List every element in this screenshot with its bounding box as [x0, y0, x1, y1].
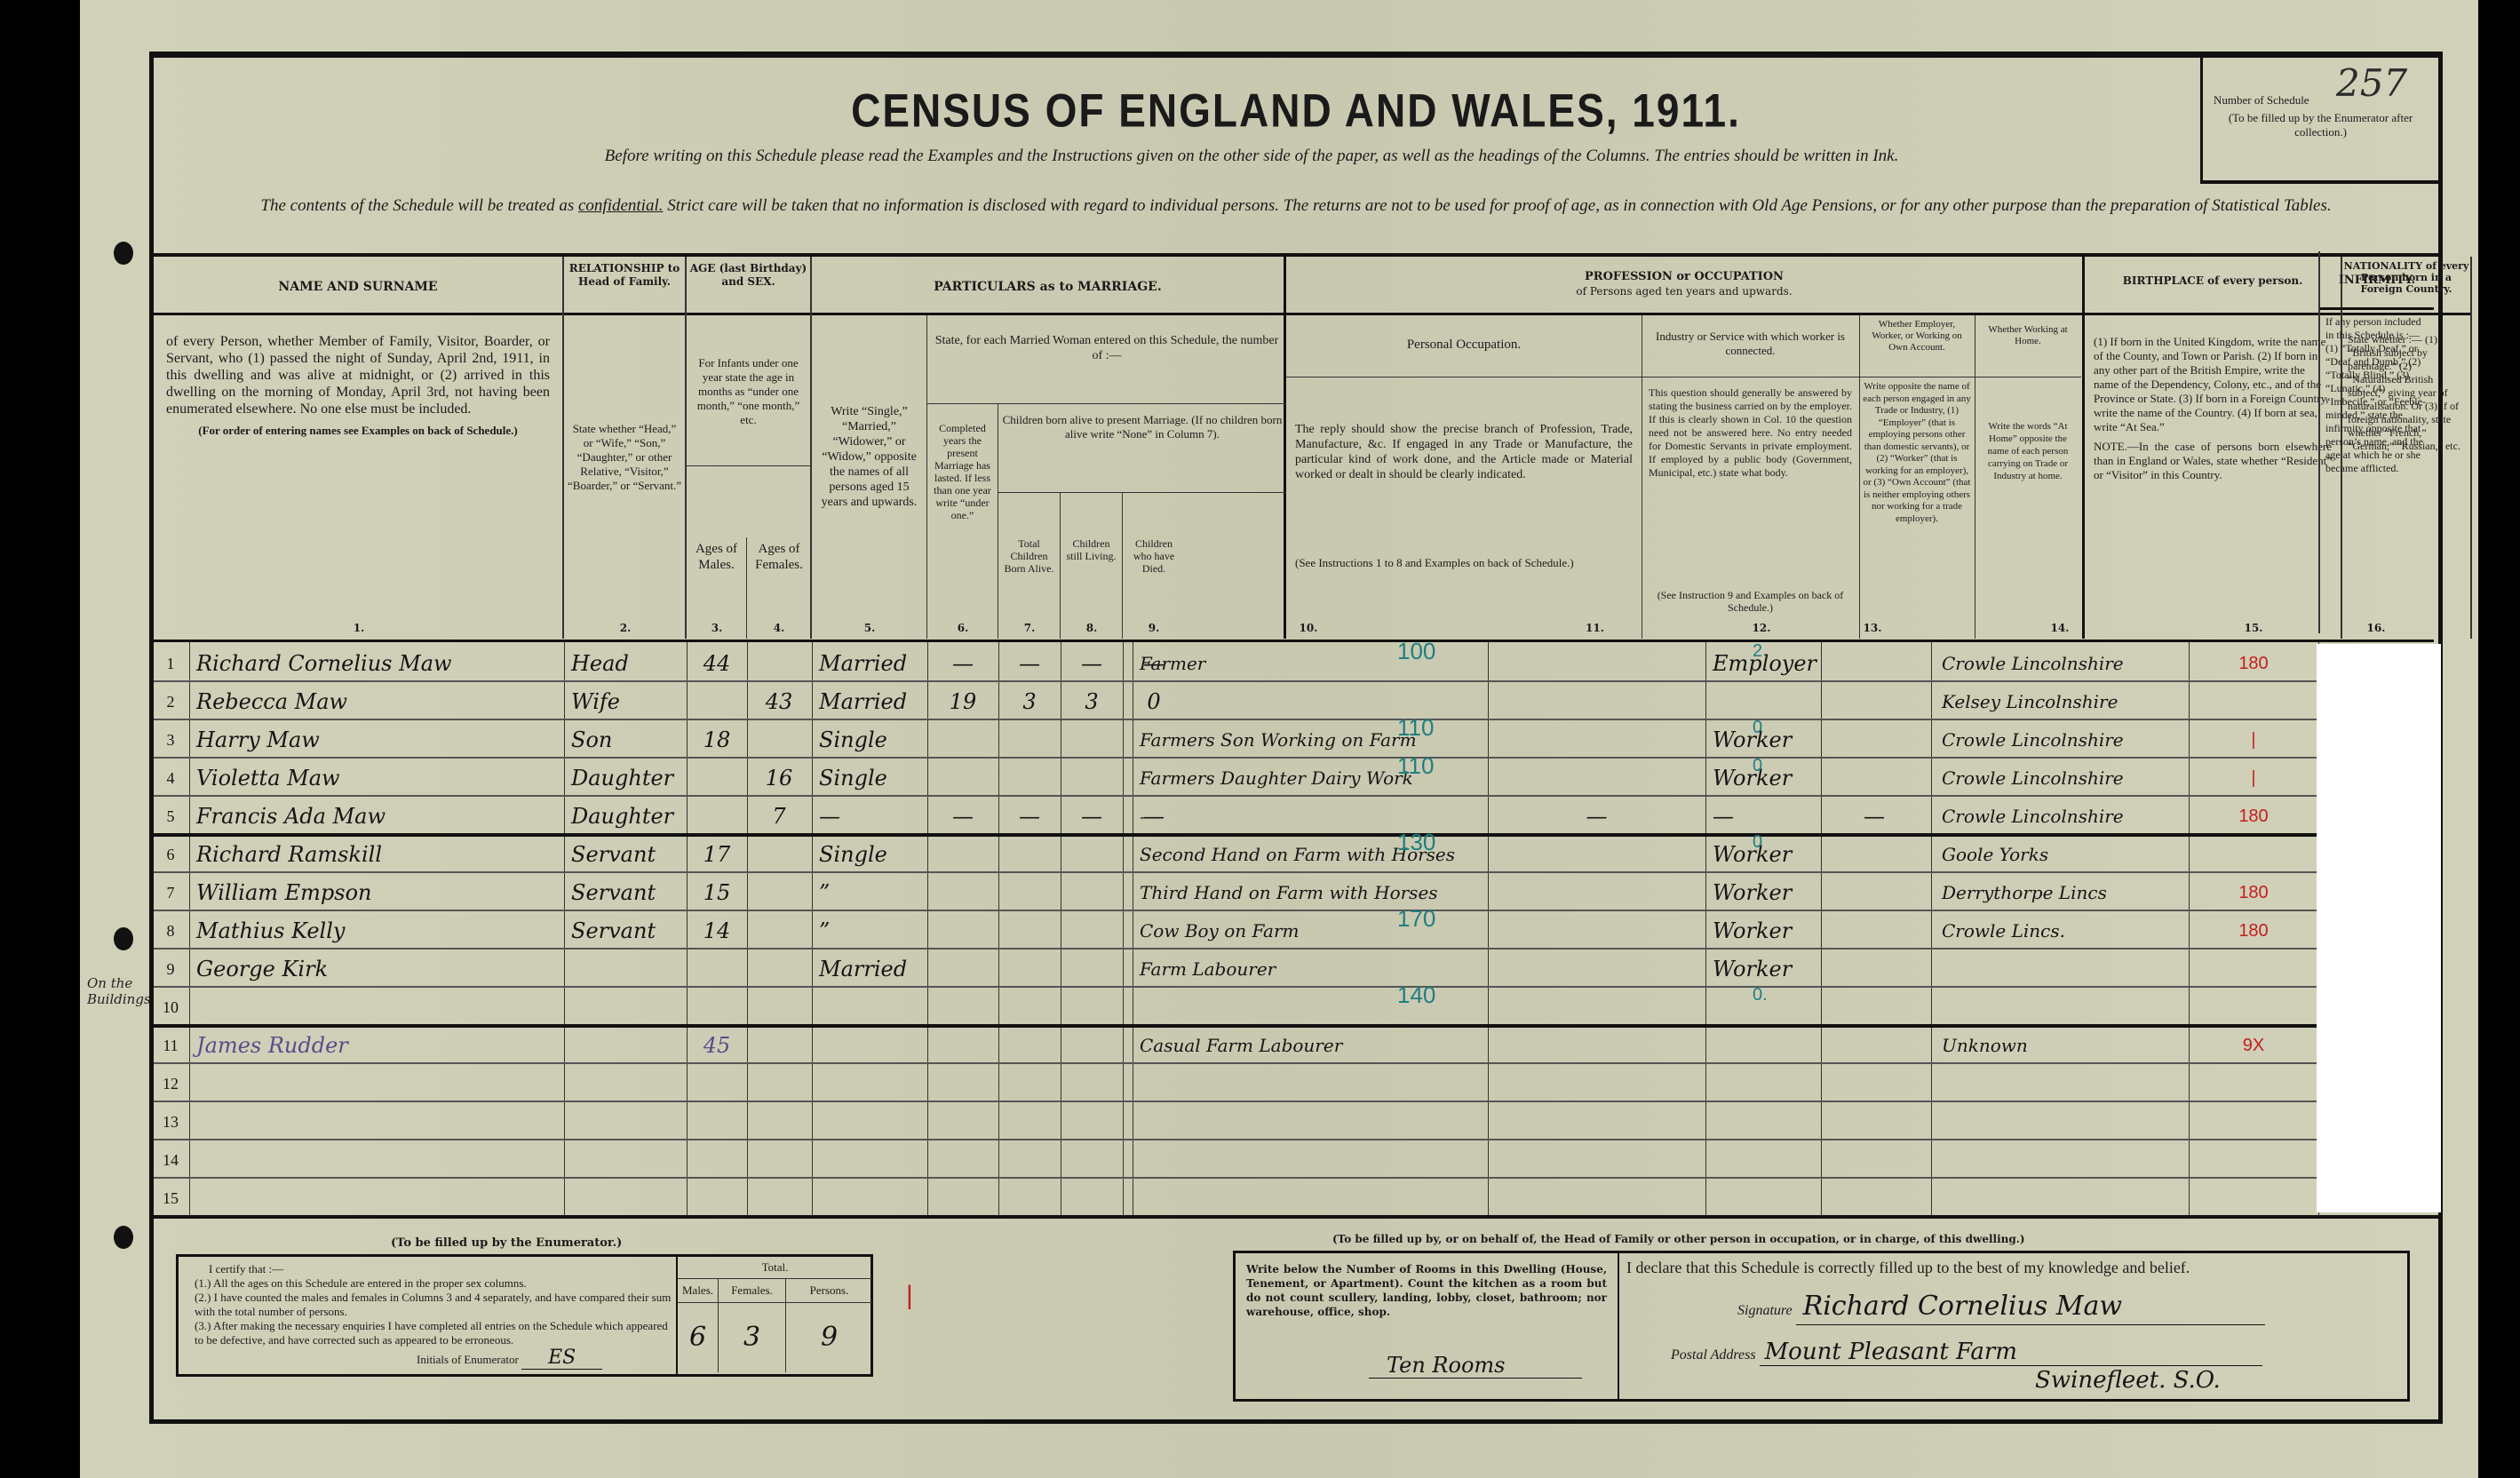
cell-living[interactable]	[1061, 910, 1123, 947]
col-marriage: PARTICULARS as to MARRIAGE. Write “Singl…	[812, 257, 1286, 639]
cell-industry[interactable]	[1488, 757, 1705, 794]
cell-industry[interactable]: —	[1488, 795, 1705, 832]
occupation-code: 100	[1397, 630, 1435, 667]
table-row: 5Francis Ada MawDaughter7—————————Crowle…	[154, 795, 2438, 837]
cell-years[interactable]	[927, 871, 998, 909]
table-row: 11James Rudder45Casual Farm LabourerUnkn…	[154, 1024, 2438, 1064]
instruction-line: Before writing on this Schedule please r…	[154, 147, 2438, 166]
enumerator-heading: (To be filled up by the Enumerator.)	[391, 1236, 622, 1250]
cell-male[interactable]	[687, 948, 747, 985]
cell-home[interactable]: —	[1821, 795, 1928, 832]
declaration: I declare that this Schedule is correctl…	[1626, 1259, 2190, 1277]
cell-nat[interactable]: 180	[2189, 871, 2318, 909]
cell-female[interactable]	[747, 1024, 811, 1061]
cell-male[interactable]	[687, 986, 747, 1023]
cell-total[interactable]	[998, 1139, 1061, 1176]
cell-total[interactable]	[998, 871, 1061, 909]
cell-nat[interactable]	[2189, 680, 2318, 718]
cell-occ[interactable]	[1133, 1101, 1495, 1138]
totals-table: Total. Males. Females. Persons. 6 3 9	[676, 1257, 872, 1374]
cell-living[interactable]	[1061, 757, 1123, 794]
cell-rel[interactable]: Daughter	[564, 795, 694, 832]
cell-rel[interactable]	[564, 1024, 694, 1061]
redacted-area	[2317, 644, 2441, 1212]
cell-birth[interactable]	[1935, 1062, 2199, 1100]
cell-years[interactable]	[927, 910, 998, 947]
cell-emp[interactable]	[1705, 1024, 1828, 1061]
cell-living[interactable]	[1061, 833, 1123, 870]
cell-cond[interactable]	[812, 1177, 934, 1214]
household-table: 1Richard Cornelius MawHead44Married————F…	[154, 642, 2434, 1215]
cell-total[interactable]	[998, 986, 1061, 1023]
cell-birth[interactable]: Crowle Lincolnshire	[1935, 642, 2199, 679]
confidential-word: confidential.	[578, 196, 664, 215]
householder-box: Write below the Number of Rooms in this …	[1233, 1251, 2410, 1402]
cell-occ[interactable]: —	[1133, 795, 1495, 832]
cell-male[interactable]	[687, 1062, 747, 1100]
table-row: 101400.	[154, 986, 2438, 1028]
cell-rel[interactable]: Servant	[564, 871, 694, 909]
cell-name[interactable]: George Kirk	[189, 948, 569, 985]
punch-hole	[114, 1226, 133, 1249]
table-row: 7William EmpsonServant15”Third Hand on F…	[154, 871, 2438, 911]
cell-male[interactable]	[687, 757, 747, 794]
cell-female[interactable]	[747, 871, 811, 909]
row-number: 3	[155, 719, 186, 756]
cell-name[interactable]: Rebecca Maw	[189, 680, 569, 718]
row-number: 4	[155, 757, 186, 794]
cell-occ[interactable]: Farmers Son Working on Farm	[1133, 719, 1495, 756]
margin-note: On the Buildings	[87, 975, 149, 1007]
cell-birth[interactable]: Crowle Lincolnshire	[1935, 757, 2199, 794]
red-check-mark: |	[906, 1281, 913, 1311]
enumerator-box: I certify that :— (1.) All the ages on t…	[176, 1254, 873, 1377]
cell-name[interactable]: Richard Ramskill	[189, 833, 569, 870]
cell-emp[interactable]	[1705, 1062, 1828, 1100]
cell-rel[interactable]	[564, 986, 694, 1023]
postal-address-line1[interactable]: Mount Pleasant Farm	[1760, 1339, 2262, 1366]
col-age: AGE (last Birthday) and SEX. For Infants…	[687, 257, 812, 639]
row-number: 2	[155, 680, 186, 718]
cell-name[interactable]	[189, 1062, 569, 1100]
table-row: 14	[154, 1139, 2438, 1179]
cell-cond[interactable]: ”	[812, 910, 934, 947]
cell-living[interactable]	[1061, 871, 1123, 909]
row-number: 1	[155, 642, 186, 679]
cell-male[interactable]: 45	[687, 1024, 747, 1061]
cell-female[interactable]	[747, 1177, 811, 1214]
row-number: 13	[155, 1101, 186, 1138]
cell-birth[interactable]: Unknown	[1935, 1024, 2199, 1061]
cell-birth[interactable]: Crowle Lincolnshire	[1935, 795, 2199, 832]
cell-nat[interactable]	[2189, 833, 2318, 870]
cell-emp[interactable]	[1705, 1101, 1828, 1138]
cell-rel[interactable]	[564, 1101, 694, 1138]
cell-cond[interactable]: ”	[812, 871, 934, 909]
cell-occ[interactable]: Second Hand on Farm with Horses	[1133, 833, 1495, 870]
cell-name[interactable]: Richard Cornelius Maw	[189, 642, 569, 679]
cell-female[interactable]: 16	[747, 757, 811, 794]
cell-birth[interactable]: Derrythorpe Lincs	[1935, 871, 2199, 909]
cell-name[interactable]: Mathius Kelly	[189, 910, 569, 947]
cell-cond[interactable]	[812, 986, 934, 1023]
table-row: 9George KirkMarriedFarm LabourerWorker	[154, 948, 2438, 988]
cell-home[interactable]	[1821, 986, 1928, 1023]
cell-cond[interactable]: Single	[812, 719, 934, 756]
table-row: 15	[154, 1177, 2438, 1219]
cell-years[interactable]	[927, 833, 998, 870]
rooms-box: Write below the Number of Rooms in this …	[1236, 1253, 1619, 1399]
cell-birth[interactable]	[1935, 1101, 2199, 1138]
cell-birth[interactable]	[1935, 1139, 2199, 1176]
table-row: 8Mathius KellyServant14”Cow Boy on FarmW…	[154, 910, 2438, 950]
cell-female[interactable]	[747, 833, 811, 870]
cell-years[interactable]	[927, 1139, 998, 1176]
row-number: 15	[155, 1177, 186, 1214]
cell-home[interactable]	[1821, 871, 1928, 909]
cell-occ[interactable]	[1133, 1139, 1495, 1176]
cell-cond[interactable]: Married	[812, 948, 934, 985]
cell-name[interactable]: Violetta Maw	[189, 757, 569, 794]
cell-years[interactable]: —	[927, 642, 998, 679]
cell-total[interactable]	[998, 948, 1061, 985]
cell-living[interactable]: —	[1061, 795, 1123, 832]
cell-industry[interactable]	[1488, 1139, 1705, 1176]
cell-living[interactable]	[1061, 1177, 1123, 1214]
cell-birth[interactable]: Kelsey Lincolnshire	[1935, 680, 2199, 718]
table-row: 1Richard Cornelius MawHead44Married————F…	[154, 642, 2438, 682]
cell-living[interactable]	[1061, 1139, 1123, 1176]
cell-name[interactable]: Harry Maw	[189, 719, 569, 756]
table-row: 4Violetta MawDaughter16SingleFarmers Dau…	[154, 757, 2438, 797]
row-number: 5	[155, 795, 186, 832]
cell-male[interactable]	[687, 1139, 747, 1176]
cell-home[interactable]	[1821, 680, 1928, 718]
row-number: 12	[155, 1062, 186, 1100]
cell-male[interactable]: 18	[687, 719, 747, 756]
cell-emp[interactable]: —	[1705, 795, 1828, 832]
cell-industry[interactable]	[1488, 986, 1705, 1023]
cell-female[interactable]	[747, 986, 811, 1023]
total-males[interactable]: 6	[678, 1303, 719, 1372]
cell-nat[interactable]	[2189, 1101, 2318, 1138]
confidential-notice: The contents of the Schedule will be tre…	[154, 193, 2438, 219]
cell-nat[interactable]: 180	[2189, 910, 2318, 947]
cell-emp[interactable]: Worker	[1705, 719, 1828, 756]
cell-living[interactable]: 3	[1061, 680, 1123, 718]
cell-cond[interactable]	[812, 1024, 934, 1061]
table-row: 12	[154, 1062, 2438, 1102]
table-row: 6Richard RamskillServant17SingleSecond H…	[154, 833, 2438, 873]
cell-industry[interactable]	[1488, 719, 1705, 756]
cell-home[interactable]	[1821, 1062, 1928, 1100]
total-persons[interactable]: 9	[786, 1303, 872, 1372]
cell-home[interactable]	[1821, 719, 1928, 756]
cell-occ[interactable]	[1133, 986, 1495, 1023]
cell-industry[interactable]	[1488, 642, 1705, 679]
cell-female[interactable]	[747, 1139, 811, 1176]
cell-total[interactable]	[998, 910, 1061, 947]
cell-industry[interactable]	[1488, 833, 1705, 870]
cell-home[interactable]	[1821, 948, 1928, 985]
cell-years[interactable]	[927, 948, 998, 985]
cell-industry[interactable]	[1488, 910, 1705, 947]
cell-female[interactable]	[747, 1101, 811, 1138]
cell-living[interactable]	[1061, 948, 1123, 985]
cell-living[interactable]	[1061, 986, 1123, 1023]
cell-birth[interactable]: Crowle Lincolnshire	[1935, 719, 2199, 756]
cell-industry[interactable]	[1488, 1101, 1705, 1138]
cell-male[interactable]: 14	[687, 910, 747, 947]
occupation-code: 110	[1397, 706, 1434, 743]
cell-living[interactable]: —	[1061, 642, 1123, 679]
cell-occ[interactable]: Casual Farm Labourer	[1133, 1024, 1495, 1061]
employment-code: 0	[1753, 821, 1762, 858]
occupation-code: 170	[1397, 897, 1435, 934]
cell-female[interactable]	[747, 948, 811, 985]
cell-cond[interactable]: Single	[812, 833, 934, 870]
cell-years[interactable]	[927, 719, 998, 756]
cell-years[interactable]: 19	[927, 680, 998, 718]
cell-living[interactable]	[1061, 1024, 1123, 1061]
cell-cond[interactable]: Married	[812, 642, 934, 679]
cell-name[interactable]: Francis Ada Maw	[189, 795, 569, 832]
column-number-strip: 1. 2. 3. 4. 5. 6. 7. 8. 9. 10. 11. 12. 1…	[154, 622, 2434, 642]
row-number: 10	[155, 986, 186, 1023]
cell-name[interactable]	[189, 1177, 569, 1214]
cell-rel[interactable]: Servant	[564, 910, 694, 947]
cell-rel[interactable]: Son	[564, 719, 694, 756]
cell-occ[interactable]: Farm Labourer	[1133, 948, 1495, 985]
cell-female[interactable]	[747, 910, 811, 947]
cell-occ[interactable]: Cow Boy on Farm	[1133, 910, 1495, 947]
cell-emp[interactable]: Worker	[1705, 833, 1828, 870]
row-number: 9	[155, 948, 186, 985]
cell-male[interactable]: 17	[687, 833, 747, 870]
cell-home[interactable]	[1821, 642, 1928, 679]
cell-nat[interactable]: 180	[2189, 795, 2318, 832]
cell-nat[interactable]	[2189, 948, 2318, 985]
cell-name[interactable]	[189, 1139, 569, 1176]
cell-occ[interactable]: Farmers Daughter Dairy Work	[1133, 757, 1495, 794]
cell-rel[interactable]: Head	[564, 642, 694, 679]
col-occupation: PROFESSION or OCCUPATION of Persons aged…	[1286, 257, 2085, 639]
cell-cond[interactable]: Married	[812, 680, 934, 718]
punch-hole	[114, 927, 133, 950]
table-row: 3Harry MawSon18SingleFarmers Son Working…	[154, 719, 2438, 759]
cell-female[interactable]	[747, 1062, 811, 1100]
cell-birth[interactable]: Goole Yorks	[1935, 833, 2199, 870]
cell-nat[interactable]: |	[2189, 757, 2318, 794]
cell-total[interactable]: —	[998, 642, 1061, 679]
col-relationship: RELATIONSHIP to Head of Family. State wh…	[564, 257, 687, 639]
cell-rel[interactable]	[564, 1139, 694, 1176]
cell-total[interactable]	[998, 1024, 1061, 1061]
page-title: CENSUS OF ENGLAND AND WALES, 1911.	[154, 83, 2438, 138]
cell-nat[interactable]	[2189, 1062, 2318, 1100]
cell-years[interactable]	[927, 986, 998, 1023]
cell-female[interactable]	[747, 642, 811, 679]
total-females[interactable]: 3	[719, 1303, 786, 1372]
cell-emp[interactable]	[1705, 1177, 1828, 1214]
row-number: 6	[155, 833, 186, 870]
cell-emp[interactable]: Worker	[1705, 757, 1828, 794]
cell-occ[interactable]	[1133, 680, 1495, 718]
table-row: 2Rebecca MawWife43Married19330Kelsey Lin…	[154, 680, 2438, 720]
cell-cond[interactable]: —	[812, 795, 934, 832]
cell-rel[interactable]	[564, 948, 694, 985]
cell-female[interactable]	[747, 719, 811, 756]
cell-birth[interactable]	[1935, 948, 2199, 985]
cell-name[interactable]	[189, 986, 569, 1023]
table-row: 13	[154, 1101, 2438, 1140]
cell-home[interactable]	[1821, 1139, 1928, 1176]
cell-total[interactable]	[998, 719, 1061, 756]
column-headers: NAME AND SURNAME of every Person, whethe…	[154, 253, 2438, 639]
cell-home[interactable]	[1821, 1101, 1928, 1138]
cell-home[interactable]	[1821, 1024, 1928, 1061]
cell-years[interactable]	[927, 1101, 998, 1138]
cell-occ[interactable]: Third Hand on Farm with Horses	[1133, 871, 1495, 909]
cell-cond[interactable]: Single	[812, 757, 934, 794]
col-birthplace: BIRTHPLACE of every person. (1) If born …	[2085, 257, 2342, 639]
cell-total[interactable]	[998, 833, 1061, 870]
cell-male[interactable]	[687, 680, 747, 718]
col-infirmity: INFIRMITY. If any person included in thi…	[2318, 251, 2434, 633]
cell-industry[interactable]	[1488, 871, 1705, 909]
cell-occ[interactable]	[1133, 1062, 1495, 1100]
col-name: NAME AND SURNAME of every Person, whethe…	[154, 257, 564, 639]
cell-rel[interactable]	[564, 1062, 694, 1100]
enumerator-initials[interactable]: ES	[521, 1347, 602, 1370]
cell-male[interactable]: 44	[687, 642, 747, 679]
cell-total[interactable]	[998, 1177, 1061, 1214]
cell-years[interactable]	[927, 1177, 998, 1214]
cell-years[interactable]	[927, 757, 998, 794]
cell-living[interactable]	[1061, 1062, 1123, 1100]
occupation-code: 110	[1397, 744, 1434, 782]
cell-living[interactable]	[1061, 1101, 1123, 1138]
schedule-number-value[interactable]: 257	[2336, 61, 2407, 105]
signature[interactable]: Richard Cornelius Maw	[1796, 1289, 2265, 1325]
cell-nat[interactable]	[2189, 1139, 2318, 1176]
number-of-rooms[interactable]: Ten Rooms	[1369, 1353, 1582, 1379]
cell-cond[interactable]	[812, 1101, 934, 1138]
cell-nat[interactable]	[2189, 986, 2318, 1023]
cell-home[interactable]	[1821, 910, 1928, 947]
cell-nat[interactable]: 180	[2189, 642, 2318, 679]
cell-rel[interactable]: Wife	[564, 680, 694, 718]
cell-total[interactable]	[998, 1101, 1061, 1138]
cell-birth[interactable]	[1935, 986, 2199, 1023]
cell-birth[interactable]	[1935, 1177, 2199, 1214]
cell-emp[interactable]	[1705, 1139, 1828, 1176]
cell-living[interactable]	[1061, 719, 1123, 756]
cell-industry[interactable]	[1488, 948, 1705, 985]
cell-nat[interactable]: 9X	[2189, 1024, 2318, 1061]
cell-name[interactable]: James Rudder	[189, 1024, 569, 1061]
cell-occ[interactable]	[1133, 1177, 1495, 1214]
row-number: 7	[155, 871, 186, 909]
row-number: 11	[155, 1024, 186, 1061]
cell-rel[interactable]	[564, 1177, 694, 1214]
cell-years[interactable]: —	[927, 795, 998, 832]
cell-cond[interactable]	[812, 1062, 934, 1100]
punch-hole	[114, 242, 133, 265]
cell-years[interactable]	[927, 1062, 998, 1100]
cell-rel[interactable]: Servant	[564, 833, 694, 870]
cell-rel[interactable]: Daughter	[564, 757, 694, 794]
cell-name[interactable]: William Empson	[189, 871, 569, 909]
cell-occ[interactable]: Farmer	[1133, 642, 1495, 679]
cell-total[interactable]	[998, 757, 1061, 794]
row-number: 14	[155, 1139, 186, 1176]
cell-cond[interactable]	[812, 1139, 934, 1176]
cell-nat[interactable]	[2189, 1177, 2318, 1214]
cell-total[interactable]	[998, 1062, 1061, 1100]
cell-female[interactable]: 7	[747, 795, 811, 832]
row-number: 8	[155, 910, 186, 947]
cell-male[interactable]: 15	[687, 871, 747, 909]
schedule-number-note: (To be filled up by the Enumerator after…	[2203, 107, 2438, 143]
cell-male[interactable]	[687, 1177, 747, 1214]
cell-birth[interactable]: Crowle Lincs.	[1935, 910, 2199, 947]
employment-code: 0	[1753, 706, 1762, 743]
cell-nat[interactable]: |	[2189, 719, 2318, 756]
cell-emp[interactable]: Worker	[1705, 871, 1828, 909]
cell-male[interactable]	[687, 795, 747, 832]
employment-code: 0	[1753, 744, 1762, 782]
cell-emp[interactable]: Worker	[1705, 910, 1828, 947]
cell-male[interactable]	[687, 1101, 747, 1138]
cell-emp[interactable]	[1705, 680, 1828, 718]
householder-heading: (To be filled up by, or on behalf of, th…	[1332, 1233, 2025, 1245]
cell-industry[interactable]	[1488, 1177, 1705, 1214]
cell-female[interactable]: 43	[747, 680, 811, 718]
occupation-code: 140	[1397, 973, 1435, 1011]
cell-industry[interactable]	[1488, 680, 1705, 718]
postal-address-line2[interactable]: Swinefleet. S.O.	[2035, 1367, 2221, 1394]
cell-emp[interactable]: Employer	[1705, 642, 1828, 679]
cell-total[interactable]: —	[998, 795, 1061, 832]
cell-home[interactable]	[1821, 1177, 1928, 1214]
schedule-number-box: Number of Schedule 257 (To be filled up …	[2200, 58, 2438, 184]
cell-years[interactable]	[927, 1024, 998, 1061]
employment-code: 0.	[1753, 973, 1768, 1011]
cell-home[interactable]	[1821, 833, 1928, 870]
cell-industry[interactable]	[1488, 1024, 1705, 1061]
cell-industry[interactable]	[1488, 1062, 1705, 1100]
cell-total[interactable]: 3	[998, 680, 1061, 718]
occupation-code: 130	[1397, 821, 1435, 858]
cell-name[interactable]	[189, 1101, 569, 1138]
employment-code: 2	[1753, 630, 1762, 667]
cell-home[interactable]	[1821, 757, 1928, 794]
